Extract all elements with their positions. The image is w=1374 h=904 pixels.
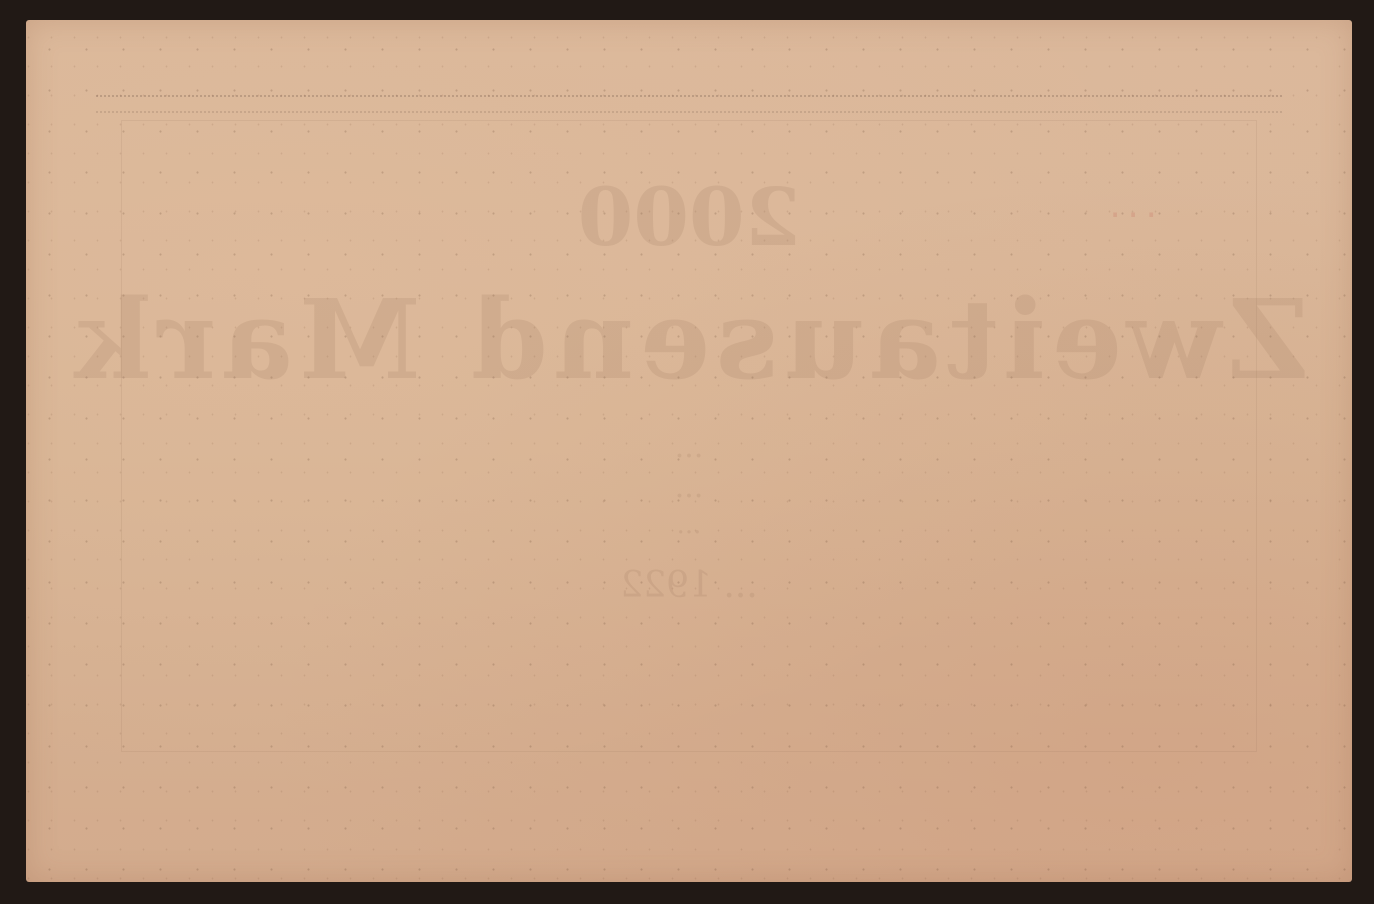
show-through-border-rule [96, 95, 1282, 113]
banknote-paper: 2000 Zweitausend Mark ... ... ... ... 19… [26, 20, 1352, 882]
show-through-text-line: ... [26, 510, 1352, 540]
show-through-text-line: ... [26, 470, 1352, 505]
show-through-denomination: Zweitausend Mark [26, 275, 1352, 404]
show-through-text-line: ... [26, 430, 1352, 465]
show-through-serial: ... [1106, 190, 1160, 225]
show-through-date: ... 1922 [26, 565, 1352, 606]
